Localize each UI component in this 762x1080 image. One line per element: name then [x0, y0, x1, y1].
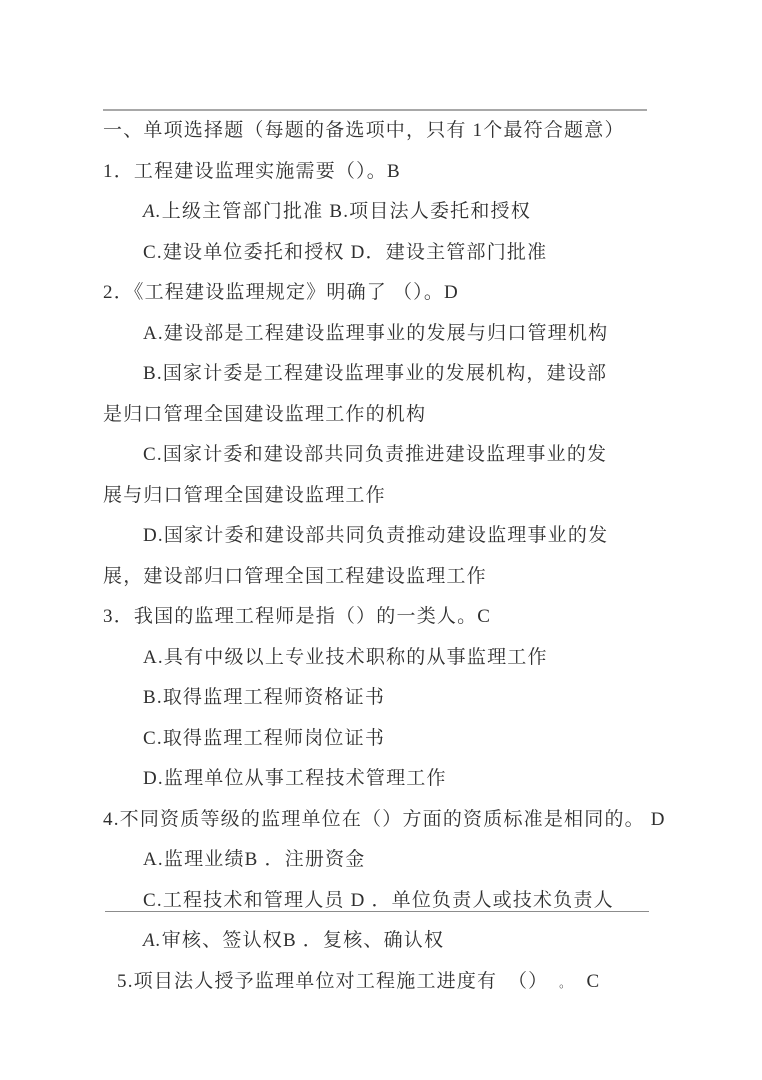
question-3-stem: 3．我国的监理工程师是指（）的一类人。C [103, 597, 659, 638]
question-1-options-cd: C.建设单位委托和授权 D．建设主管部门批准 [103, 233, 659, 274]
option-line-text: C.工程技术和管理人员 D ．单位负责人或技术负责人 [143, 890, 614, 911]
question-4-options-ab: A.监理业绩B ．注册资金 [103, 840, 659, 881]
question-1-stem: 1．工程建设监理实施需要（）。B [103, 152, 659, 193]
question-5-answer: C [566, 971, 600, 992]
question-4-extra-options-ab: A.审核、签认权B ．复核、确认权 [103, 921, 659, 962]
question-5-stem: 5.项目法人授予监理单位对工程施工进度有 （） 。 C [103, 962, 659, 1003]
question-2-option-b-continuation: 是归口管理全国建设监理工作的机构 [103, 395, 659, 436]
question-3-option-a: A.具有中级以上专业技术职称的从事监理工作 [103, 638, 659, 679]
option-line-text: 审核、签认权B ．复核、确认权 [162, 930, 444, 951]
question-2-option-b: B.国家计委是工程建设监理事业的发展机构，建设部 [103, 354, 659, 395]
question-3-option-d: D.监理单位从事工程技术管理工作 [103, 759, 659, 800]
question-2-stem: 2．《工程建设监理规定》明确了 （）。D [103, 273, 659, 314]
question-3-option-b: B.取得监理工程师资格证书 [103, 678, 659, 719]
question-4-options-cd: C.工程技术和管理人员 D ．单位负责人或技术负责人 [103, 881, 659, 922]
question-2-option-d-continuation: 展，建设部归口管理全国工程建设监理工作 [103, 557, 659, 598]
question-4-stem: 4.不同资质等级的监理单位在（）方面的资质标准是相同的。 D [103, 800, 659, 841]
exam-document-page: 一、单项选择题（每题的备选项中，只有 1个最符合题意） 1．工程建设监理实施需要… [0, 0, 762, 1080]
section-heading: 一、单项选择题（每题的备选项中，只有 1个最符合题意） [103, 111, 659, 152]
option-a-italic-prefix: A. [143, 201, 162, 222]
option-line-text: 上级主管部门批准 B.项目法人委托和授权 [162, 201, 531, 222]
question-1-options-ab: A.上级主管部门批准 B.项目法人委托和授权 [103, 192, 659, 233]
question-2-option-c-continuation: 展与归口管理全国建设监理工作 [103, 476, 659, 517]
option-underline-divider [105, 911, 649, 912]
question-2-option-d: D.国家计委和建设部共同负责推动建设监理事业的发 [103, 516, 659, 557]
question-3-option-c: C.取得监理工程师岗位证书 [103, 719, 659, 760]
question-2-option-a: A.建设部是工程建设监理事业的发展与归口管理机构 [103, 314, 659, 355]
question-2-option-c: C.国家计委和建设部共同负责推进建设监理事业的发 [103, 435, 659, 476]
option-a-italic-prefix: A. [143, 930, 162, 951]
question-5-stem-text: 5.项目法人授予监理单位对工程施工进度有 （） [117, 971, 559, 992]
page-content: 一、单项选择题（每题的备选项中，只有 1个最符合题意） 1．工程建设监理实施需要… [103, 109, 659, 1002]
